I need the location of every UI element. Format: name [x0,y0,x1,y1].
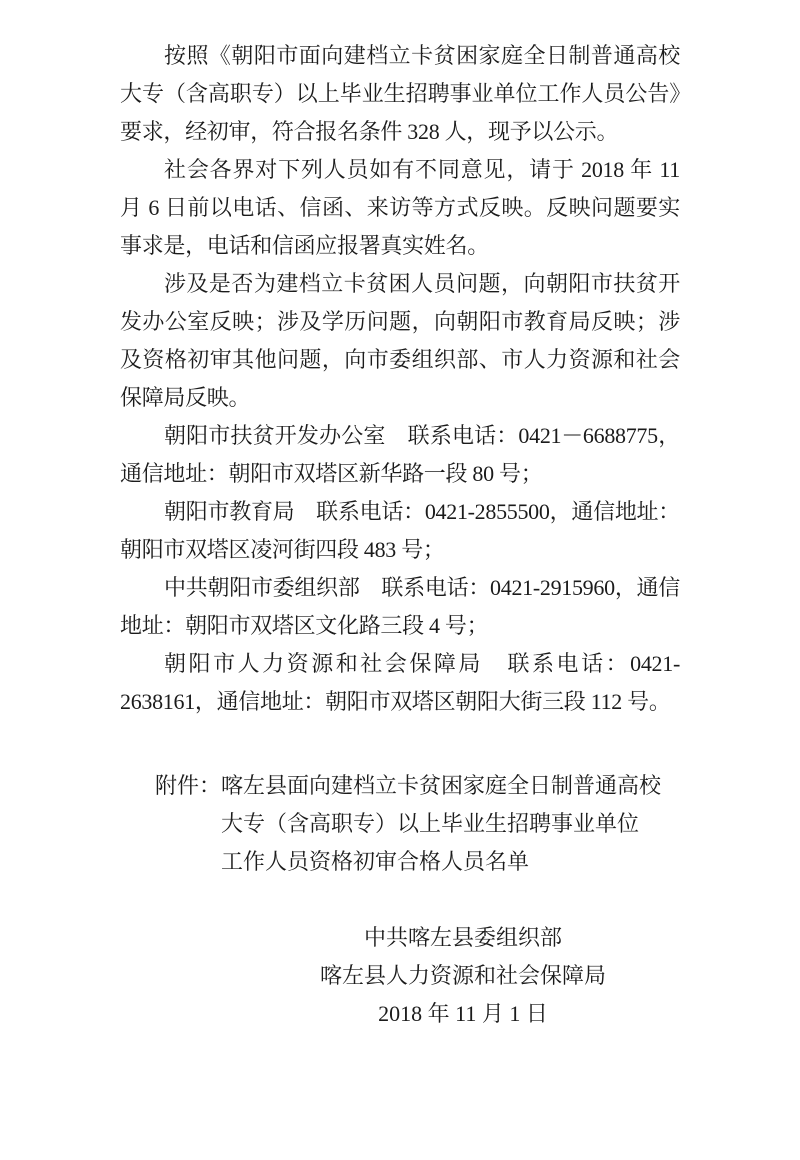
document-page: 按照《朝阳市面向建档立卡贫困家庭全日制普通高校大专（含高职专）以上毕业生招聘事业… [0,0,800,1160]
signature-org-2: 喀左县人力资源和社会保障局 [246,957,680,995]
attachment-block: 附件： 喀左县面向建档立卡贫困家庭全日制普通高校 大专（含高职专）以上毕业生招聘… [120,767,680,881]
paragraph-contact-organization-dept: 中共朝阳市委组织部 联系电话：0421-2915960，通信地址：朝阳市双塔区文… [120,569,680,645]
paragraph-contact-poverty-office: 朝阳市扶贫开发办公室 联系电话：0421－6688775，通信地址：朝阳市双塔区… [120,417,680,493]
paragraph-issue-routing: 涉及是否为建档立卡贫困人员问题，向朝阳市扶贫开发办公室反映；涉及学历问题，向朝阳… [120,265,680,417]
signature-date: 2018 年 11 月 1 日 [246,995,680,1033]
paragraph-feedback-period: 社会各界对下列人员如有不同意见，请于 2018 年 11 月 6 日前以电话、信… [120,151,680,265]
paragraph-contact-hr-bureau: 朝阳市人力资源和社会保障局 联系电话：0421-2638161，通信地址：朝阳市… [120,645,680,721]
signature-org-1: 中共喀左县委组织部 [246,919,680,957]
attachment-title-line-1: 喀左县面向建档立卡贫困家庭全日制普通高校 [221,767,680,805]
attachment-title: 喀左县面向建档立卡贫困家庭全日制普通高校 大专（含高职专）以上毕业生招聘事业单位… [221,767,680,881]
attachment-label: 附件： [155,767,221,805]
attachment-title-line-3: 工作人员资格初审合格人员名单 [221,843,680,881]
paragraph-intro: 按照《朝阳市面向建档立卡贫困家庭全日制普通高校大专（含高职专）以上毕业生招聘事业… [120,37,680,151]
attachment-title-line-2: 大专（含高职专）以上毕业生招聘事业单位 [221,805,680,843]
paragraph-contact-education-bureau: 朝阳市教育局 联系电话：0421-2855500，通信地址：朝阳市双塔区凌河街四… [120,493,680,569]
signature-block: 中共喀左县委组织部 喀左县人力资源和社会保障局 2018 年 11 月 1 日 [120,919,680,1033]
document-body: 按照《朝阳市面向建档立卡贫困家庭全日制普通高校大专（含高职专）以上毕业生招聘事业… [120,37,680,721]
